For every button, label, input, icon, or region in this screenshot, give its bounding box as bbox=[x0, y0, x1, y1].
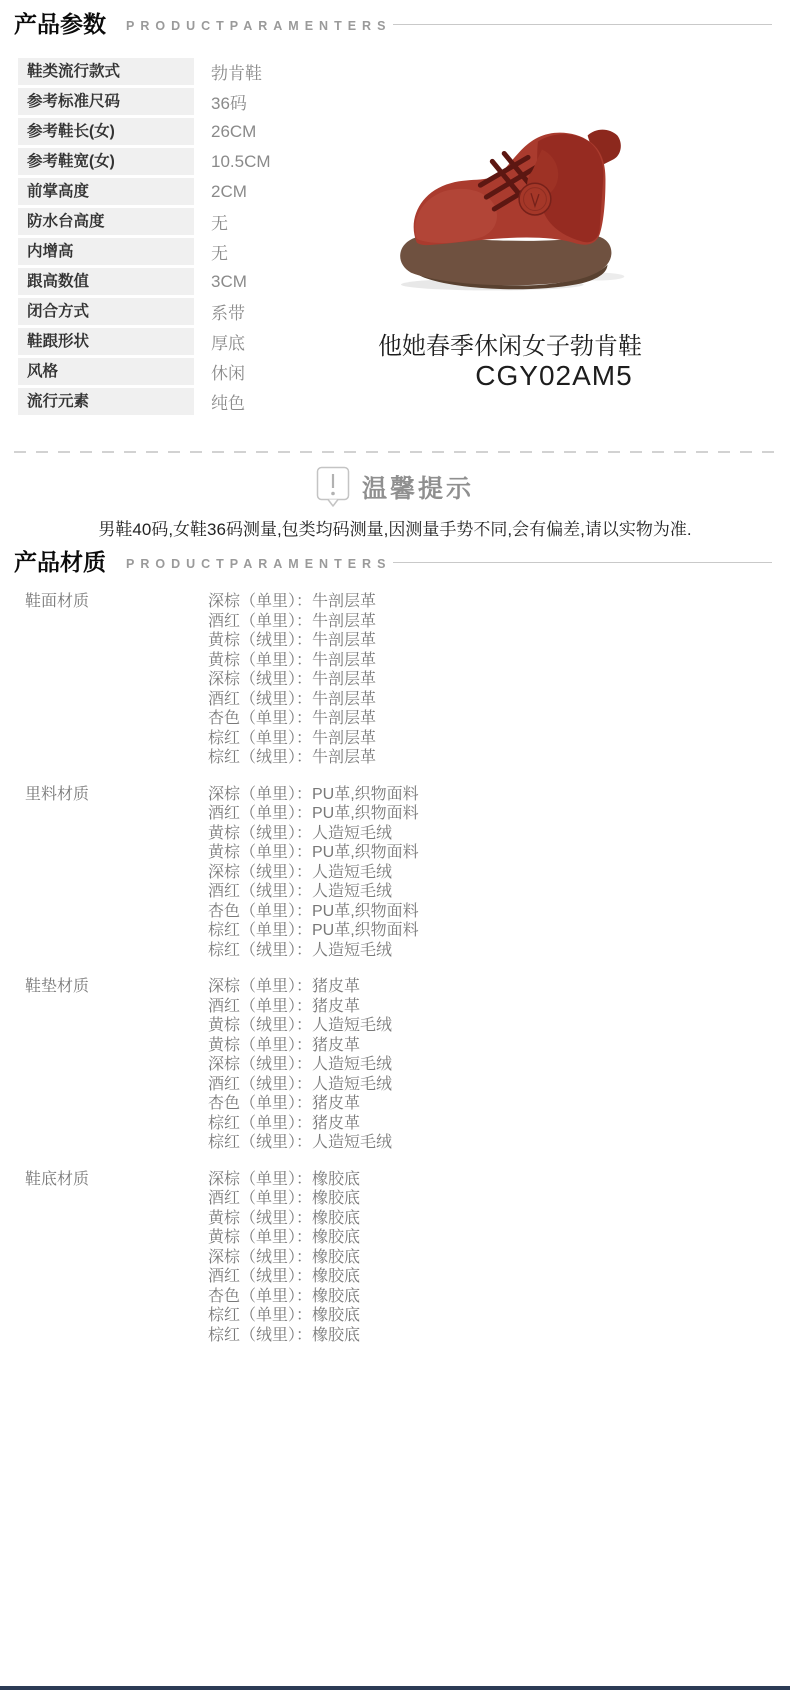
notice-title: 温馨提示 bbox=[362, 469, 474, 505]
material-line: 棕红（绒里）：橡胶底 bbox=[208, 1326, 360, 1346]
material-line: 深棕（单里）：PU革,织物面料 bbox=[208, 785, 419, 805]
param-label: 流行元素 bbox=[18, 388, 194, 415]
material-line: 酒红（单里）：牛剖层革 bbox=[208, 612, 376, 632]
param-value: 3CM bbox=[211, 272, 247, 292]
param-value: 10.5CM bbox=[211, 152, 271, 172]
material-line: 棕红（绒里）：牛剖层革 bbox=[208, 748, 376, 768]
param-value: 无 bbox=[211, 239, 228, 264]
material-line: 酒红（单里）：PU革,织物面料 bbox=[208, 804, 419, 824]
materials-section-header: 产品材质 PRODUCTPARAMENTERS bbox=[14, 548, 772, 576]
material-line: 杏色（单里）：橡胶底 bbox=[208, 1287, 360, 1307]
param-value: 2CM bbox=[211, 182, 247, 202]
material-line: 棕红（单里）：牛剖层革 bbox=[208, 729, 376, 749]
param-row: 前掌高度 2CM bbox=[18, 178, 398, 205]
material-group-upper: 鞋面材质 深棕（单里）：牛剖层革酒红（单里）：牛剖层革黄棕（绒里）：牛剖层革黄棕… bbox=[0, 592, 790, 768]
material-line: 酒红（绒里）：人造短毛绒 bbox=[208, 1075, 392, 1095]
param-row: 流行元素 纯色 bbox=[18, 388, 398, 415]
param-value: 无 bbox=[211, 209, 228, 234]
dashed-divider bbox=[14, 451, 776, 453]
material-line: 深棕（绒里）：人造短毛绒 bbox=[208, 863, 419, 883]
material-line: 黄棕（单里）：猪皮革 bbox=[208, 1036, 392, 1056]
param-row: 防水台高度 无 bbox=[18, 208, 398, 235]
param-row: 鞋类流行款式 勃肯鞋 bbox=[18, 58, 398, 85]
material-line: 酒红（绒里）：人造短毛绒 bbox=[208, 882, 419, 902]
param-label: 闭合方式 bbox=[18, 298, 194, 325]
material-group-label: 鞋底材质 bbox=[0, 1170, 208, 1346]
material-group-label: 里料材质 bbox=[0, 785, 208, 961]
param-value: 纯色 bbox=[211, 389, 245, 414]
param-label: 前掌高度 bbox=[18, 178, 194, 205]
materials-section-title: 产品材质 bbox=[14, 548, 106, 576]
product-detail-page: 产品参数 PRODUCTPARAMENTERS 鞋类流行款式 勃肯鞋 参考标准尺… bbox=[0, 0, 790, 1690]
param-label: 鞋类流行款式 bbox=[18, 58, 194, 85]
header-rule-line bbox=[393, 24, 772, 25]
exclamation-bubble-icon bbox=[316, 466, 350, 508]
material-line: 棕红（绒里）：人造短毛绒 bbox=[208, 1133, 392, 1153]
material-line: 黄棕（绒里）：牛剖层革 bbox=[208, 631, 376, 651]
material-group-lining: 里料材质 深棕（单里）：PU革,织物面料酒红（单里）：PU革,织物面料黄棕（绒里… bbox=[0, 785, 790, 961]
material-line: 棕红（绒里）：人造短毛绒 bbox=[208, 941, 419, 961]
material-line: 酒红（单里）：猪皮革 bbox=[208, 997, 392, 1017]
params-section-header: 产品参数 PRODUCTPARAMENTERS bbox=[14, 0, 772, 38]
material-group-label: 鞋垫材质 bbox=[0, 977, 208, 1153]
material-line: 黄棕（绒里）：橡胶底 bbox=[208, 1209, 360, 1229]
param-label: 参考标准尺码 bbox=[18, 88, 194, 115]
param-value: 勃肯鞋 bbox=[211, 59, 262, 84]
notice-header: 温馨提示 bbox=[0, 465, 790, 509]
material-group-label: 鞋面材质 bbox=[0, 592, 208, 768]
param-label: 内增高 bbox=[18, 238, 194, 265]
product-image-boot bbox=[393, 126, 671, 298]
param-label: 参考鞋长(女) bbox=[18, 118, 194, 145]
product-model-code: CGY02AM5 bbox=[340, 360, 680, 392]
param-row: 参考标准尺码 36码 bbox=[18, 88, 398, 115]
param-value: 36码 bbox=[211, 89, 247, 114]
material-line: 酒红（单里）：橡胶底 bbox=[208, 1189, 360, 1209]
param-row: 闭合方式 系带 bbox=[18, 298, 398, 325]
notice-text: 男鞋40码,女鞋36码测量,包类均码测量,因测量手势不同,会有偏差,请以实物为准… bbox=[0, 515, 790, 540]
materials-section-subtitle: PRODUCTPARAMENTERS bbox=[126, 554, 391, 571]
material-group-insole: 鞋垫材质 深棕（单里）：猪皮革酒红（单里）：猪皮革黄棕（绒里）：人造短毛绒黄棕（… bbox=[0, 977, 790, 1153]
params-section-subtitle: PRODUCTPARAMENTERS bbox=[126, 16, 391, 33]
materials-list: 鞋面材质 深棕（单里）：牛剖层革酒红（单里）：牛剖层革黄棕（绒里）：牛剖层革黄棕… bbox=[0, 592, 790, 1345]
material-line: 深棕（绒里）：牛剖层革 bbox=[208, 670, 376, 690]
material-line: 深棕（单里）：猪皮革 bbox=[208, 977, 392, 997]
material-line: 深棕（绒里）：人造短毛绒 bbox=[208, 1055, 392, 1075]
param-value: 系带 bbox=[211, 299, 245, 324]
material-line: 棕红（单里）：PU革,织物面料 bbox=[208, 921, 419, 941]
param-row: 内增高 无 bbox=[18, 238, 398, 265]
material-group-outsole: 鞋底材质 深棕（单里）：橡胶底酒红（单里）：橡胶底黄棕（绒里）：橡胶底黄棕（单里… bbox=[0, 1170, 790, 1346]
material-line: 酒红（绒里）：牛剖层革 bbox=[208, 690, 376, 710]
material-line: 黄棕（单里）：牛剖层革 bbox=[208, 651, 376, 671]
param-label: 防水台高度 bbox=[18, 208, 194, 235]
material-line: 杏色（单里）：牛剖层革 bbox=[208, 709, 376, 729]
material-line: 黄棕（单里）：橡胶底 bbox=[208, 1228, 360, 1248]
param-value: 厚底 bbox=[211, 329, 245, 354]
param-value: 休闲 bbox=[211, 359, 245, 384]
material-line: 酒红（绒里）：橡胶底 bbox=[208, 1267, 360, 1287]
material-line: 深棕（绒里）：橡胶底 bbox=[208, 1248, 360, 1268]
param-label: 鞋跟形状 bbox=[18, 328, 194, 355]
bottom-accent-bar bbox=[0, 1686, 790, 1690]
param-row: 跟高数值 3CM bbox=[18, 268, 398, 295]
params-section-title: 产品参数 bbox=[14, 10, 106, 38]
param-label: 风格 bbox=[18, 358, 194, 385]
param-label: 跟高数值 bbox=[18, 268, 194, 295]
material-line: 棕红（单里）：猪皮革 bbox=[208, 1114, 392, 1134]
material-line: 棕红（单里）：橡胶底 bbox=[208, 1306, 360, 1326]
param-value: 26CM bbox=[211, 122, 256, 142]
header-rule-line bbox=[393, 562, 772, 563]
material-line: 杏色（单里）：猪皮革 bbox=[208, 1094, 392, 1114]
param-label: 参考鞋宽(女) bbox=[18, 148, 194, 175]
material-line: 黄棕（绒里）：人造短毛绒 bbox=[208, 824, 419, 844]
param-row: 参考鞋长(女) 26CM bbox=[18, 118, 398, 145]
material-line: 深棕（单里）：牛剖层革 bbox=[208, 592, 376, 612]
material-line: 深棕（单里）：橡胶底 bbox=[208, 1170, 360, 1190]
material-line: 黄棕（单里）：PU革,织物面料 bbox=[208, 843, 419, 863]
material-line: 黄棕（绒里）：人造短毛绒 bbox=[208, 1016, 392, 1036]
param-row: 参考鞋宽(女) 10.5CM bbox=[18, 148, 398, 175]
material-line: 杏色（单里）：PU革,织物面料 bbox=[208, 902, 419, 922]
product-caption: 他她春季休闲女子勃肯鞋 bbox=[340, 326, 680, 361]
